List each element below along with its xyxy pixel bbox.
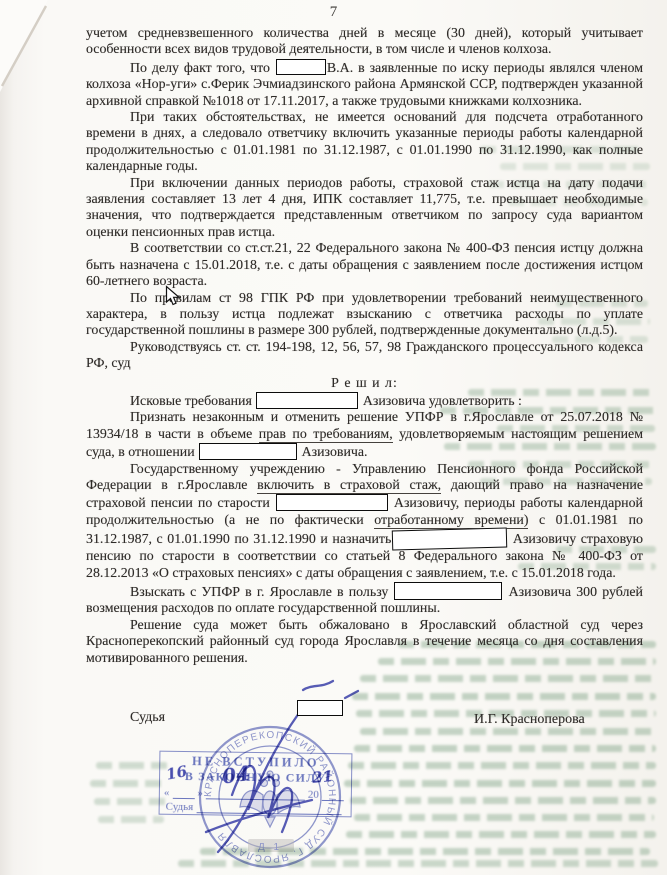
page-number: 7 bbox=[0, 4, 667, 21]
bleed-through-line bbox=[344, 780, 656, 787]
text-segment: Исковые требования bbox=[130, 394, 255, 409]
bleed-through-line bbox=[360, 675, 656, 682]
text-segment: Руководствуясь ст. ст. 194-198, 12, 56, … bbox=[86, 340, 643, 371]
stamp-quote-open: « bbox=[164, 787, 170, 799]
stamp-quote-close: » bbox=[197, 787, 203, 799]
not-in-force-stamp: НЕ ВСТУПИЛО В ЗАКОННУЮ СИЛУ « » 20 Судья… bbox=[159, 751, 353, 818]
text-segment: Азизовича удовлетворить : bbox=[359, 394, 522, 409]
page-corner-fold bbox=[0, 0, 70, 110]
bleed-through-line bbox=[354, 745, 656, 752]
text-segment: Решение суда может быть обжаловано в Яро… bbox=[86, 618, 643, 666]
text-segment: включить в страховой стаж, bbox=[257, 478, 441, 494]
paragraph: Решение суда может быть обжаловано в Яро… bbox=[86, 618, 643, 667]
page: 7 учетом средневзвешенного количества дн… bbox=[0, 0, 667, 875]
redaction-box bbox=[276, 494, 388, 511]
text-segment: Азизовича. bbox=[298, 445, 367, 460]
pen-stroke bbox=[345, 691, 358, 698]
paragraph: Руководствуясь ст. ст. 194-198, 12, 56, … bbox=[86, 340, 643, 373]
text-segment: При таких обстоятельствах, не имеется ос… bbox=[86, 110, 643, 174]
stamp-judge-line bbox=[196, 802, 342, 815]
stamp-date-row: « » 20 bbox=[164, 787, 347, 802]
bleed-through-line bbox=[98, 816, 164, 823]
handwritten-month: 04 bbox=[221, 761, 252, 789]
bleed-through-line bbox=[346, 831, 656, 838]
signature-redaction-box bbox=[297, 700, 343, 716]
stamp-year-slot bbox=[322, 790, 344, 801]
redaction-box bbox=[392, 528, 507, 551]
text-segment: По делу факт того, что bbox=[130, 61, 275, 76]
text-segment: учетом средневзвешенного количества дней… bbox=[86, 26, 643, 57]
text-segment: прав по требованиям, bbox=[259, 427, 393, 443]
mouse-cursor-icon bbox=[165, 285, 183, 307]
redaction-box bbox=[276, 59, 326, 75]
text-segment: При включении данных периодов работы, ст… bbox=[86, 176, 643, 240]
bleed-through-line bbox=[354, 814, 654, 821]
pen-stroke bbox=[303, 681, 333, 690]
paragraph: При включении данных периодов работы, ст… bbox=[86, 176, 643, 242]
bleed-through-line bbox=[94, 798, 168, 805]
redaction-box bbox=[199, 443, 297, 460]
paragraph: Р е ш и л: bbox=[86, 376, 643, 392]
stamp-month-slot bbox=[206, 788, 305, 800]
bleed-through-line bbox=[360, 728, 656, 735]
text-segment: отработанному времени) bbox=[374, 513, 528, 529]
stamp-day-slot bbox=[172, 788, 194, 799]
paragraph: Исковые требования Азизовича удовлетвори… bbox=[86, 392, 643, 410]
paragraph: По делу факт того, что В.А. в заявленные… bbox=[86, 59, 643, 110]
stamp-judge-row: Судья bbox=[166, 801, 345, 815]
stamp-century: 20 bbox=[308, 789, 319, 801]
text-segment: Взыскать с УПФР в г. Ярославле в пользу bbox=[130, 585, 393, 600]
paragraph: При таких обстоятельствах, не имеется ос… bbox=[86, 110, 643, 176]
seal-center-mark: Д 1 bbox=[258, 842, 282, 853]
document-body: учетом средневзвешенного количества дней… bbox=[86, 26, 643, 667]
bleed-through-line bbox=[96, 762, 168, 769]
handwritten-year: 21 bbox=[311, 767, 333, 787]
redaction-box bbox=[394, 582, 502, 600]
bleed-through-line bbox=[350, 797, 656, 804]
stamp-judge-label: Судья bbox=[166, 801, 194, 813]
paragraph: Взыскать с УПФР в г. Ярославле в пользу … bbox=[86, 582, 643, 618]
paragraph: учетом средневзвешенного количества дней… bbox=[86, 26, 643, 59]
paragraph: Признать незаконным и отменить решение У… bbox=[86, 410, 643, 461]
redaction-box bbox=[256, 392, 358, 409]
paragraph: Государственному учреждению - Управлению… bbox=[86, 462, 643, 582]
bleed-through-line bbox=[348, 762, 656, 769]
paragraph: В соответствии со ст.ст.21, 22 Федеральн… bbox=[86, 241, 643, 290]
judge-label: Судья bbox=[130, 710, 165, 726]
bleed-through-line bbox=[90, 780, 168, 787]
bleed-through-line bbox=[352, 693, 656, 700]
judge-name: И.Г. Красноперова bbox=[474, 712, 585, 728]
text-segment: Р е ш и л: bbox=[331, 376, 398, 391]
text-segment: В соответствии со ст.ст.21, 22 Федеральн… bbox=[86, 241, 643, 289]
